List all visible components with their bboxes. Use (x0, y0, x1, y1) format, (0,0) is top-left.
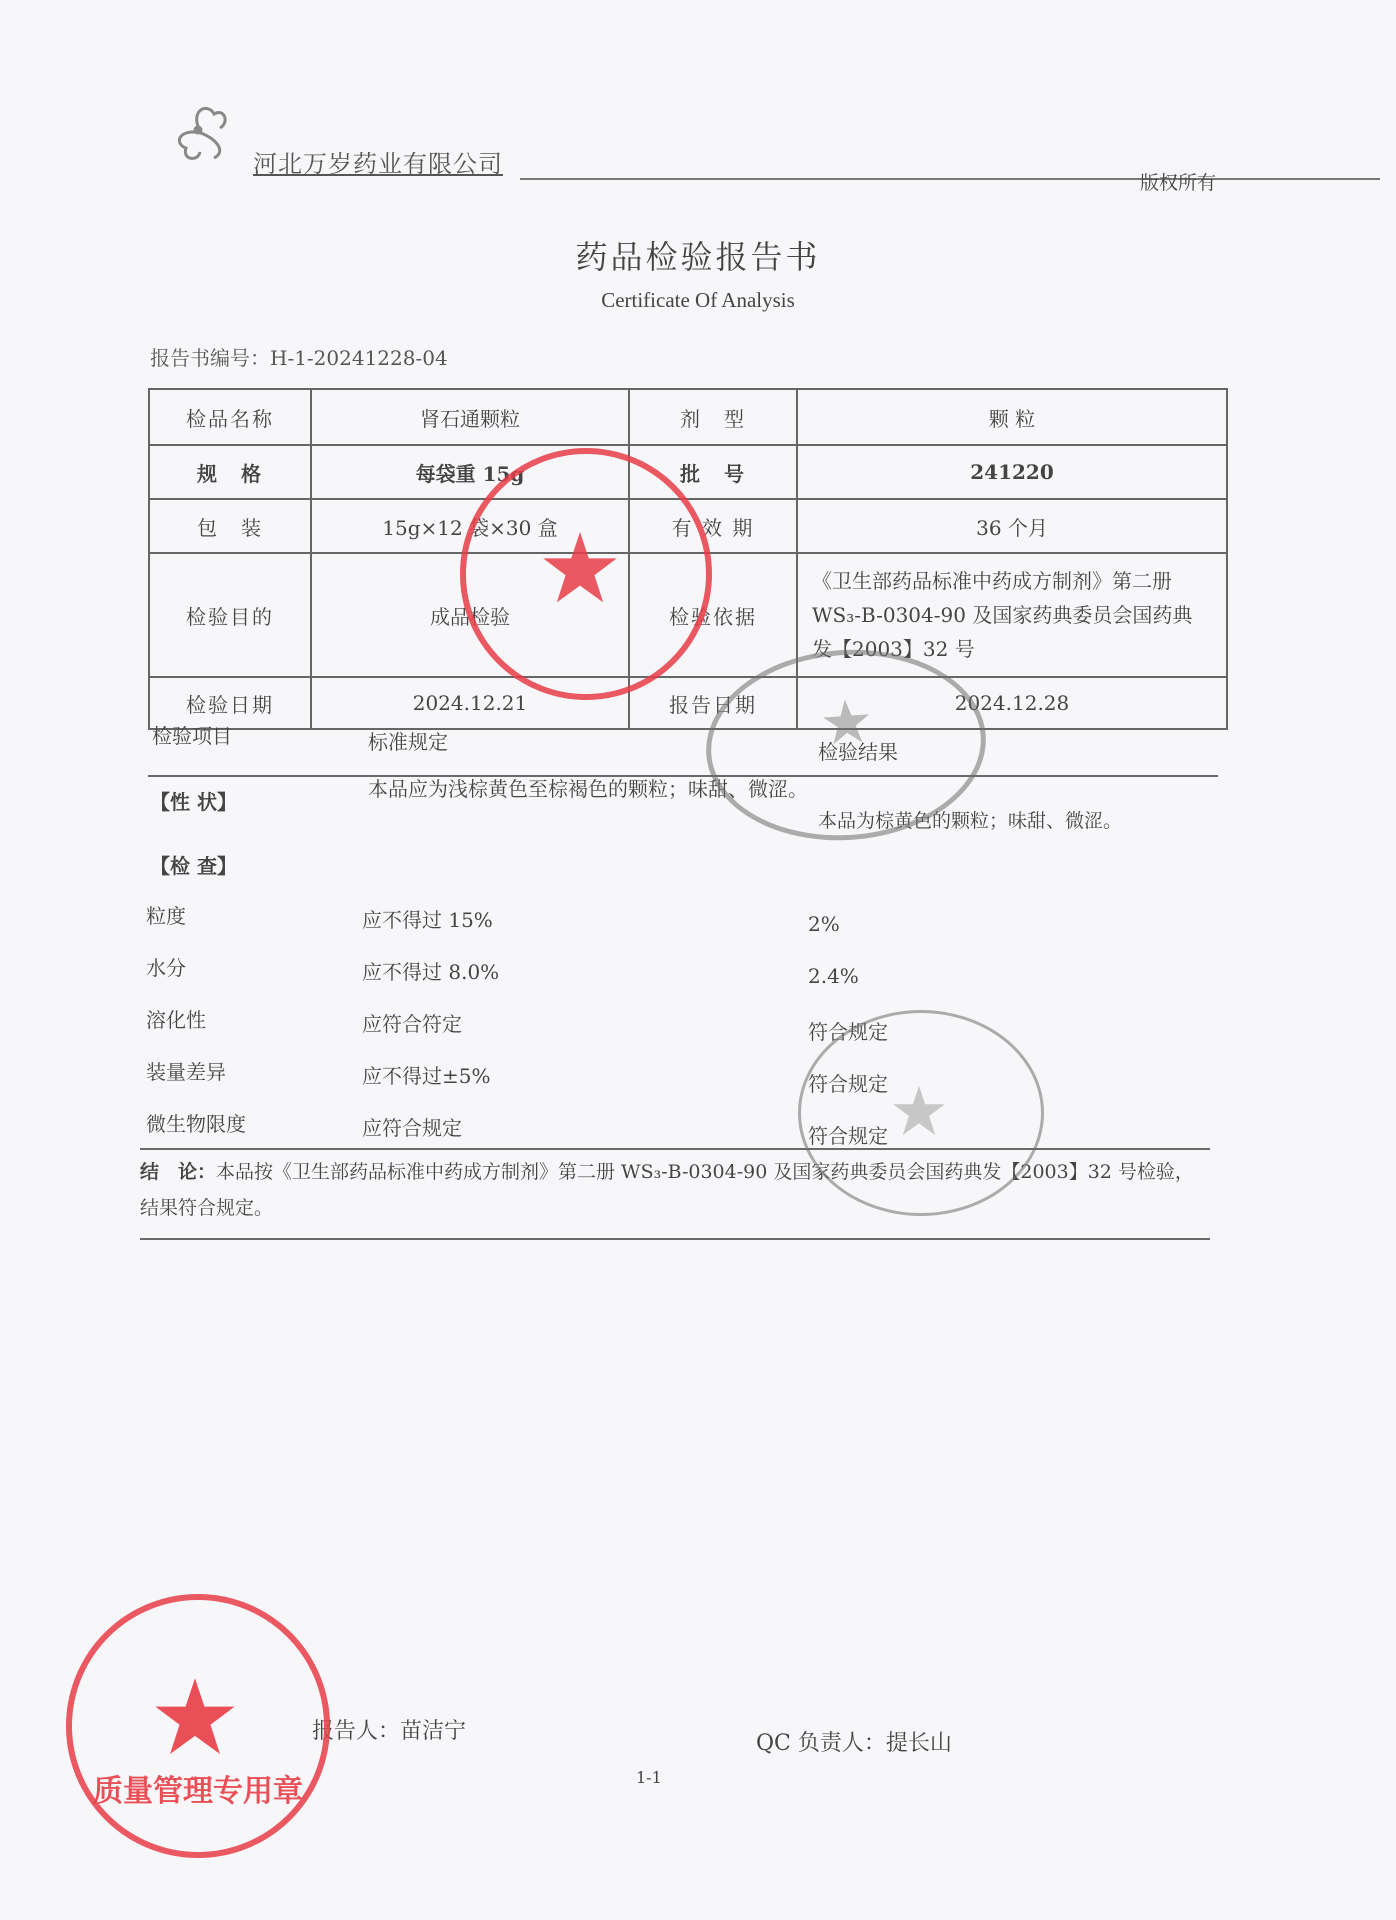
dosage-form-label: 剂 型 (629, 389, 797, 445)
report-number-label: 报告书编号： (150, 346, 270, 370)
basis-label: 检验依据 (629, 553, 797, 677)
character-standard: 本品应为浅棕黄色至棕褐色的颗粒；味甜、微涩。 (368, 772, 888, 806)
reporter-name: 苗洁宁 (400, 1719, 466, 1744)
conclusion-rule (140, 1238, 1210, 1240)
packaging-value: 15g×12 袋×30 盒 (311, 499, 629, 553)
batch-value: 241220 (797, 445, 1227, 499)
column-header-standard: 标准规定 (368, 726, 448, 755)
report-date-label: 报告日期 (629, 677, 797, 729)
quality-seal-caption: 质量管理专用章 (72, 1766, 324, 1810)
character-label: 【性 状】 (150, 786, 237, 815)
report-date-value: 2024.12.28 (797, 677, 1227, 729)
validity-value: 36 个月 (797, 499, 1227, 553)
report-number: 报告书编号：H-1-20241228-04 (150, 342, 448, 371)
column-header-result: 检验结果 (818, 736, 898, 765)
inspection-standard: 应符合符定 (362, 1008, 462, 1037)
inspection-standard: 应不得过 8.0% (362, 956, 499, 985)
qc-label: QC 负责人： (756, 1731, 886, 1756)
header-rule (520, 178, 1380, 180)
test-date-value: 2024.12.21 (311, 677, 629, 729)
validity-label: 有 效 期 (629, 499, 797, 553)
conclusion-label: 结 论： (140, 1161, 216, 1183)
batch-label: 批 号 (629, 445, 797, 499)
inspection-label: 【检 查】 (150, 850, 237, 879)
qc-signature: QC 负责人：提长山 (756, 1726, 952, 1757)
inspection-item: 水分 (146, 952, 186, 981)
product-name-label: 检品名称 (149, 389, 311, 445)
spec-value: 每袋重 15g (311, 445, 629, 499)
flower-logo-icon (168, 100, 234, 166)
purpose-label: 检验目的 (149, 553, 311, 677)
inspection-result: 符合规定 (808, 1120, 888, 1149)
inspection-item: 装量差异 (146, 1056, 226, 1085)
purpose-value: 成品检验 (311, 553, 629, 677)
copyright-label: 版权所有 (1140, 168, 1216, 195)
inspection-result: 2% (808, 912, 840, 936)
star-icon (891, 1083, 947, 1139)
spec-label: 规 格 (149, 445, 311, 499)
basis-value: 《卫生部药品标准中药成方制剂》第二册 WS₃-B-0304-90 及国家药典委员… (797, 553, 1227, 677)
document-page: 河北万岁药业有限公司 版权所有 药品检验报告书 Certificate Of A… (0, 0, 1396, 1920)
red-quality-seal: 质量管理专用章 (66, 1594, 330, 1858)
reporter-signature: 报告人：苗洁宁 (312, 1714, 466, 1745)
page-number: 1-1 (636, 1768, 662, 1787)
inspection-result: 2.4% (808, 964, 859, 988)
qc-name: 提长山 (886, 1731, 952, 1756)
conclusion-text: 本品按《卫生部药品标准中药成方制剂》第二册 WS₃-B-0304-90 及国家药… (140, 1161, 1194, 1219)
company-name: 河北万岁药业有限公司 (253, 144, 503, 179)
inspection-result: 符合规定 (808, 1068, 888, 1097)
conclusion: 结 论：本品按《卫生部药品标准中药成方制剂》第二册 WS₃-B-0304-90 … (140, 1154, 1200, 1226)
inspection-item: 溶化性 (146, 1004, 206, 1033)
character-result: 本品为棕黄色的颗粒；味甜、微涩。 (818, 806, 1122, 833)
dosage-form-value: 颗 粒 (797, 389, 1227, 445)
product-info-table: 检品名称 肾石通颗粒 剂 型 颗 粒 规 格 每袋重 15g 批 号 24122… (148, 388, 1228, 730)
report-number-value: H-1-20241228-04 (270, 346, 448, 370)
document-title: 药品检验报告书 (0, 232, 1396, 278)
inspection-item: 微生物限度 (146, 1108, 246, 1137)
inspection-result: 符合规定 (808, 1016, 888, 1045)
product-name-value: 肾石通颗粒 (311, 389, 629, 445)
results-bottom-rule (140, 1148, 1210, 1150)
inspection-standard: 应符合规定 (362, 1112, 462, 1141)
star-icon (152, 1674, 238, 1760)
inspection-standard: 应不得过 15% (362, 904, 493, 933)
packaging-label: 包 装 (149, 499, 311, 553)
document-subtitle: Certificate Of Analysis (0, 288, 1396, 313)
column-header-item: 检验项目 (152, 720, 232, 749)
inspection-standard: 应不得过±5% (362, 1060, 491, 1089)
reporter-label: 报告人： (312, 1719, 400, 1744)
inspection-item: 粒度 (146, 900, 186, 929)
